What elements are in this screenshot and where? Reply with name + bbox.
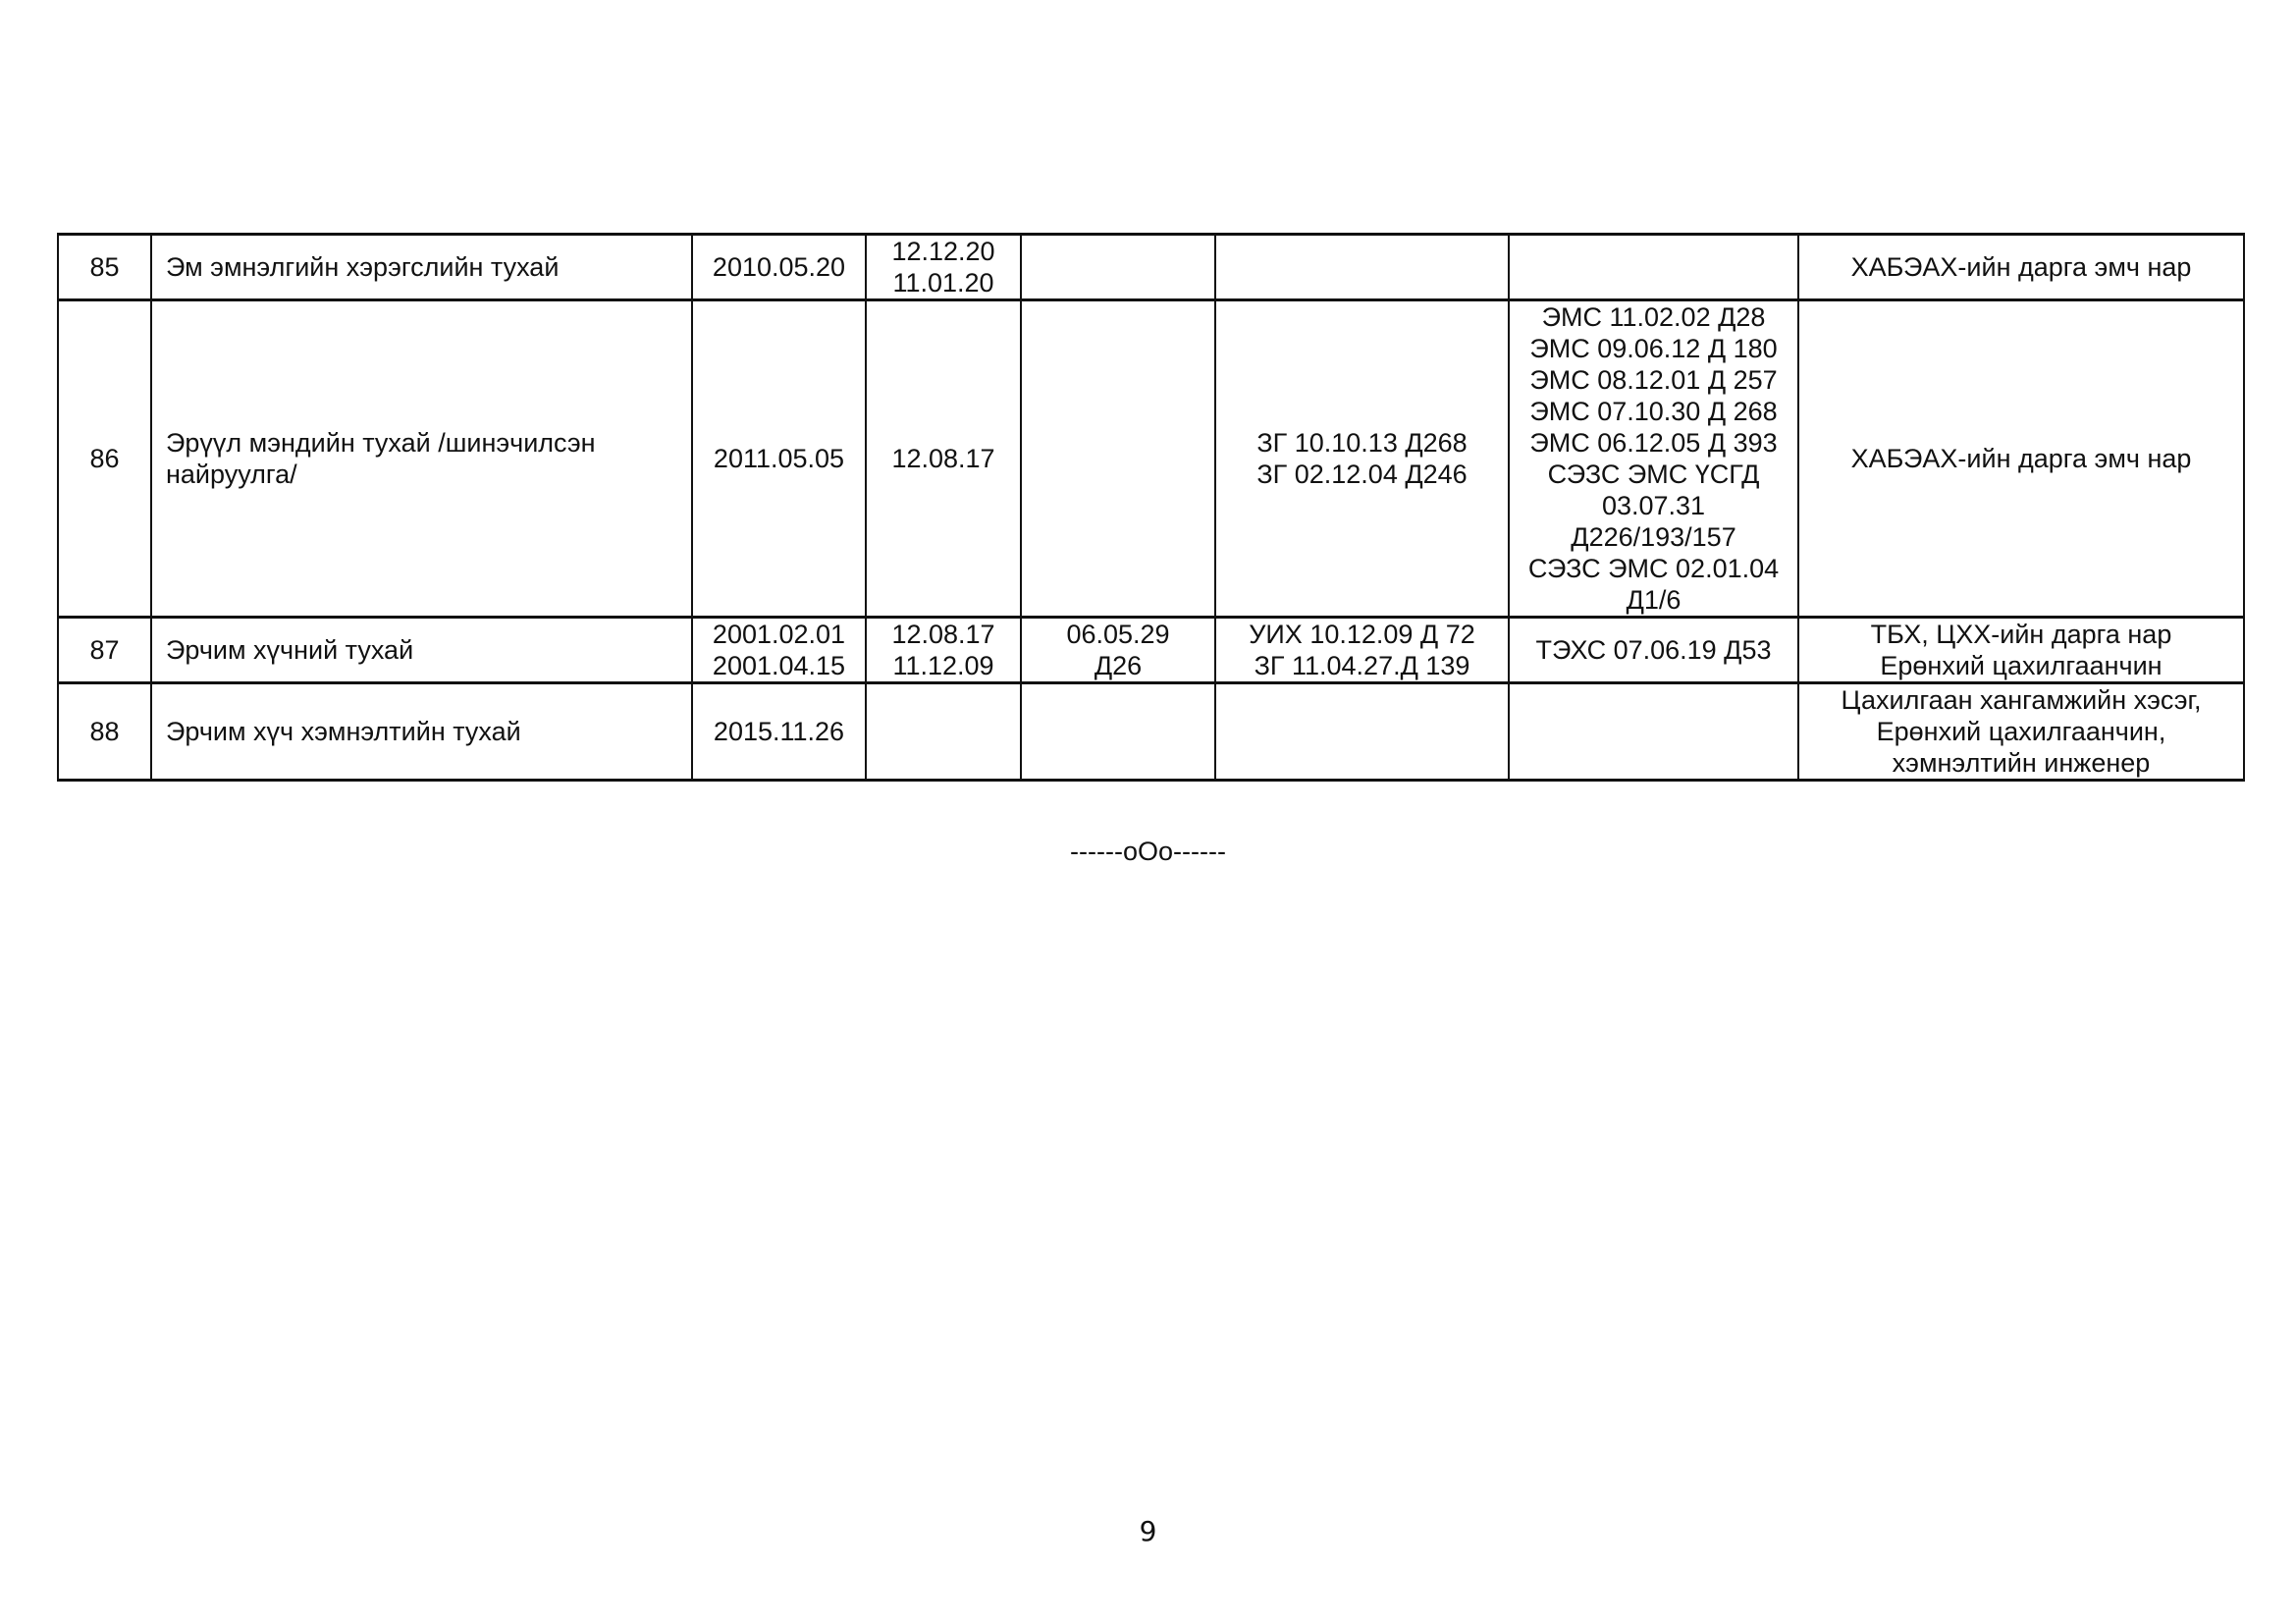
adopted-date-cell: 2001.02.012001.04.15 xyxy=(692,618,866,683)
row-number-cell: 85 xyxy=(58,235,151,300)
cell-line: СЭЗС ЭМС 02.01.04 xyxy=(1520,553,1788,584)
cell-line: Цахилгаан хангамжийн хэсэг, xyxy=(1809,684,2233,716)
cell-line: ЭМС 07.10.30 Д 268 xyxy=(1520,396,1788,427)
row-number-cell: 87 xyxy=(58,618,151,683)
amended-date-cell: 12.08.17 xyxy=(866,300,1021,618)
document-page: 85Эм эмнэлгийн хэрэгслийн тухай2010.05.2… xyxy=(0,0,2296,1624)
cell-line: ТЭХС 07.06.19 Д53 xyxy=(1520,634,1788,666)
cell-line: ЗГ 02.12.04 Д246 xyxy=(1226,459,1498,490)
adopted-date-cell: 2010.05.20 xyxy=(692,235,866,300)
law-registry-table: 85Эм эмнэлгийн хэрэгслийн тухай2010.05.2… xyxy=(57,233,2245,782)
cell-line: Ерөнхий цахилгаанчин xyxy=(1809,650,2233,681)
cell-line: 11.12.09 xyxy=(877,650,1010,681)
responsible-persons-cell: Цахилгаан хангамжийн хэсэг,Ерөнхий цахил… xyxy=(1798,683,2244,781)
government-resolution-cell: ЗГ 10.10.13 Д268ЗГ 02.12.04 Д246 xyxy=(1215,300,1509,618)
amendment-ref-cell xyxy=(1021,300,1215,618)
cell-line: ЭМС 08.12.01 Д 257 xyxy=(1520,364,1788,396)
government-resolution-cell xyxy=(1215,683,1509,781)
cell-line: 2015.11.26 xyxy=(703,716,855,747)
law-name-cell: Эрчим хүчний тухай xyxy=(151,618,692,683)
law-name-cell: Эрүүл мэндийн тухай /шинэчилсэннайруулга… xyxy=(151,300,692,618)
cell-line: Ерөнхий цахилгаанчин, xyxy=(1809,716,2233,747)
cell-line: 2001.02.01 xyxy=(703,619,855,650)
end-separator: ------oOo------ xyxy=(0,837,2296,867)
cell-line: 06.05.29 xyxy=(1032,619,1204,650)
cell-line: СЭЗС ЭМС ҮСГД xyxy=(1520,459,1788,490)
row-number-cell: 88 xyxy=(58,683,151,781)
cell-line: 11.01.20 xyxy=(877,267,1010,298)
government-resolution-cell: УИХ 10.12.09 Д 72ЗГ 11.04.27.Д 139 xyxy=(1215,618,1509,683)
amendment-ref-cell: 06.05.29Д26 xyxy=(1021,618,1215,683)
cell-line: ХАБЭАХ-ийн дарга эмч нар xyxy=(1809,443,2233,474)
cell-line: 12.12.20 xyxy=(877,236,1010,267)
table-row: 87Эрчим хүчний тухай2001.02.012001.04.15… xyxy=(58,618,2244,683)
cell-line: Эрүүл мэндийн тухай /шинэчилсэн xyxy=(166,427,681,459)
cell-line: 2011.05.05 xyxy=(703,443,855,474)
row-number-cell: 86 xyxy=(58,300,151,618)
table-body: 85Эм эмнэлгийн хэрэгслийн тухай2010.05.2… xyxy=(58,235,2244,781)
cell-line: ЭМС 09.06.12 Д 180 xyxy=(1520,333,1788,364)
adopted-date-cell: 2011.05.05 xyxy=(692,300,866,618)
cell-line: Д26 xyxy=(1032,650,1204,681)
cell-line: 03.07.31 xyxy=(1520,490,1788,521)
responsible-persons-cell: ХАБЭАХ-ийн дарга эмч нар xyxy=(1798,300,2244,618)
ministerial-order-cell xyxy=(1509,683,1798,781)
amended-date-cell: 12.08.1711.12.09 xyxy=(866,618,1021,683)
cell-line: Эрчим хүч хэмнэлтийн тухай xyxy=(166,716,681,747)
law-name-cell: Эрчим хүч хэмнэлтийн тухай xyxy=(151,683,692,781)
cell-line: Эм эмнэлгийн хэрэгслийн тухай xyxy=(166,251,681,283)
cell-line: ХАБЭАХ-ийн дарга эмч нар xyxy=(1809,251,2233,283)
cell-line: УИХ 10.12.09 Д 72 xyxy=(1226,619,1498,650)
ministerial-order-cell: ЭМС 11.02.02 Д28ЭМС 09.06.12 Д 180ЭМС 08… xyxy=(1509,300,1798,618)
amended-date-cell xyxy=(866,683,1021,781)
cell-line: хэмнэлтийн инженер xyxy=(1809,747,2233,779)
cell-line: 2010.05.20 xyxy=(703,251,855,283)
table-row: 86Эрүүл мэндийн тухай /шинэчилсэннайруул… xyxy=(58,300,2244,618)
cell-line: ЗГ 10.10.13 Д268 xyxy=(1226,427,1498,459)
table-row: 85Эм эмнэлгийн хэрэгслийн тухай2010.05.2… xyxy=(58,235,2244,300)
cell-line: 12.08.17 xyxy=(877,619,1010,650)
cell-line: Эрчим хүчний тухай xyxy=(166,634,681,666)
cell-line: ЭМС 06.12.05 Д 393 xyxy=(1520,427,1788,459)
amendment-ref-cell xyxy=(1021,683,1215,781)
cell-line: ТБХ, ЦХХ-ийн дарга нар xyxy=(1809,619,2233,650)
amended-date-cell: 12.12.2011.01.20 xyxy=(866,235,1021,300)
cell-line: Д226/193/157 xyxy=(1520,521,1788,553)
government-resolution-cell xyxy=(1215,235,1509,300)
adopted-date-cell: 2015.11.26 xyxy=(692,683,866,781)
cell-line: Д1/6 xyxy=(1520,584,1788,616)
responsible-persons-cell: ХАБЭАХ-ийн дарга эмч нар xyxy=(1798,235,2244,300)
amendment-ref-cell xyxy=(1021,235,1215,300)
cell-line: ЭМС 11.02.02 Д28 xyxy=(1520,301,1788,333)
ministerial-order-cell xyxy=(1509,235,1798,300)
ministerial-order-cell: ТЭХС 07.06.19 Д53 xyxy=(1509,618,1798,683)
table-row: 88Эрчим хүч хэмнэлтийн тухай2015.11.26Ца… xyxy=(58,683,2244,781)
law-name-cell: Эм эмнэлгийн хэрэгслийн тухай xyxy=(151,235,692,300)
cell-line: найруулга/ xyxy=(166,459,681,490)
cell-line: ЗГ 11.04.27.Д 139 xyxy=(1226,650,1498,681)
cell-line: 12.08.17 xyxy=(877,443,1010,474)
responsible-persons-cell: ТБХ, ЦХХ-ийн дарга нарЕрөнхий цахилгаанч… xyxy=(1798,618,2244,683)
page-number: 9 xyxy=(0,1515,2296,1547)
cell-line: 2001.04.15 xyxy=(703,650,855,681)
